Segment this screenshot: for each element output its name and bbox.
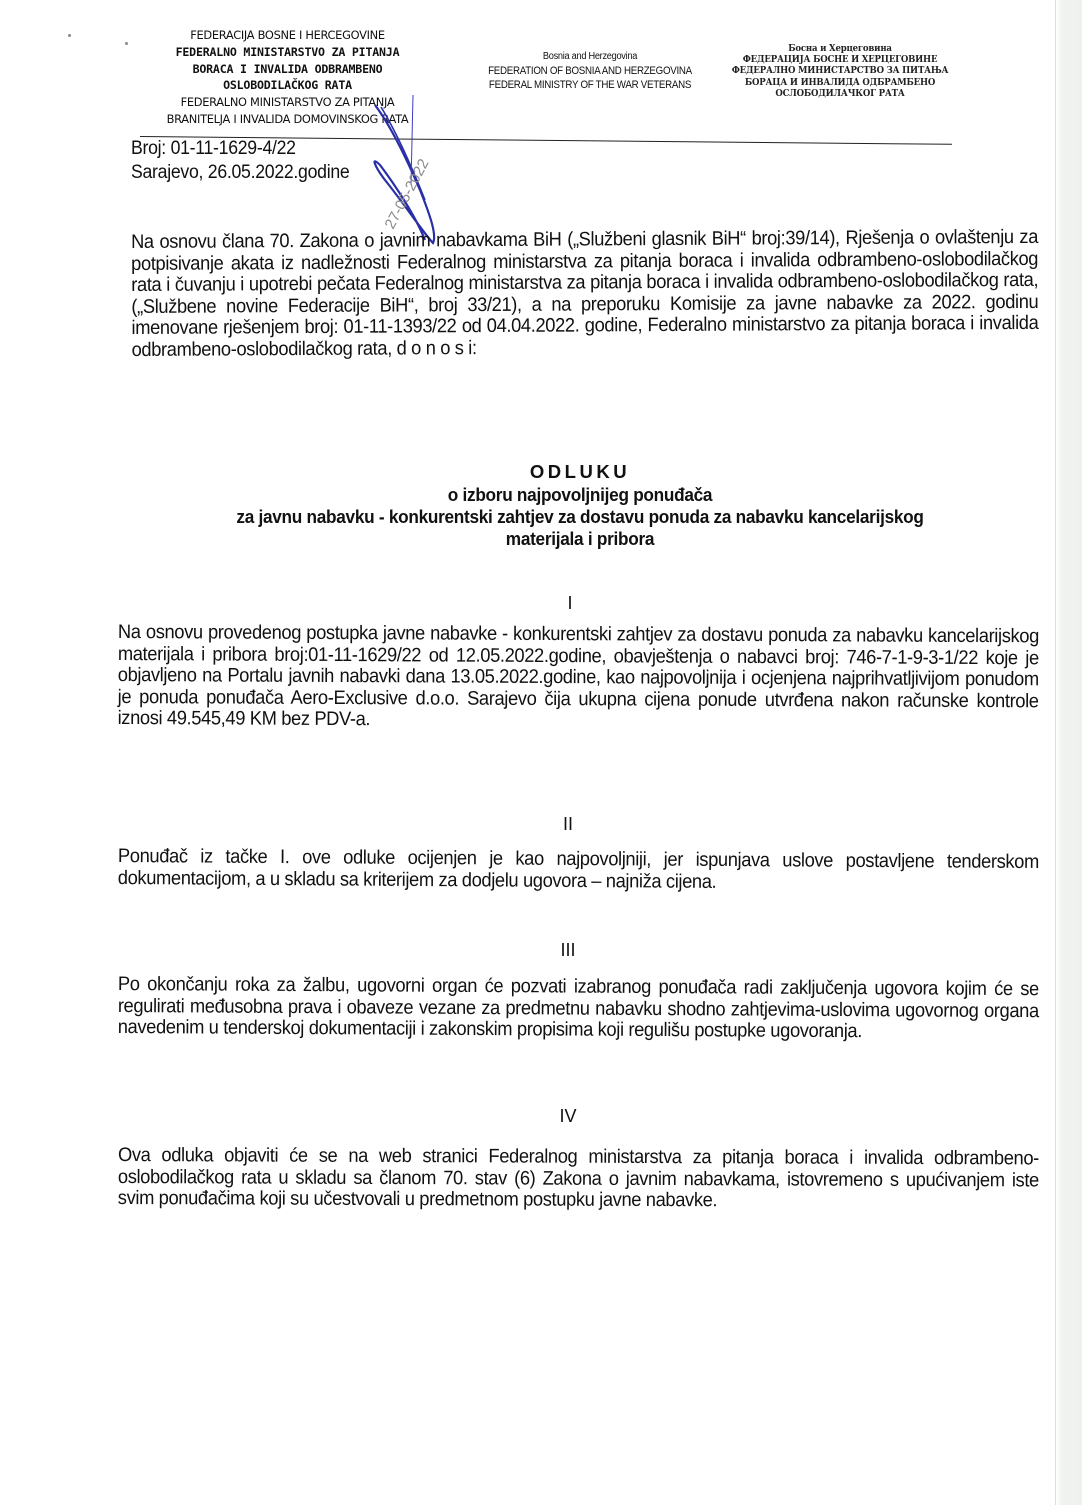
scan-speck	[125, 42, 128, 45]
document-number: Broj: 01-11-1629-4/22	[131, 137, 349, 161]
letterhead-line: БОРАЦА И ИНВАЛИДА ОДБРАМБЕНО	[726, 78, 954, 89]
letterhead-line: FEDERACIJA BOSNE I HERCEGOVINE	[150, 27, 425, 44]
letterhead-line: ФЕДЕРАЦИЈА БОСНЕ И ХЕРЦЕГОВИНЕ	[726, 55, 954, 66]
section-numeral: I	[540, 593, 600, 614]
title-subtitle: materijala i pribora	[143, 528, 1017, 550]
letterhead-bosnian: FEDERACIJA BOSNE I HERCEGOVINE FEDERALNO…	[150, 27, 425, 128]
title-main: ODLUKU	[110, 460, 1050, 484]
letterhead-line: FEDERALNO MINISTARSTVO ZA PITANJA	[150, 94, 425, 111]
stamp-date: 27-05-2022	[382, 156, 433, 232]
section-numeral: IV	[538, 1106, 598, 1127]
letterhead-line: BORACA I INVALIDA ODBRAMBENO	[150, 61, 425, 78]
letterhead-line: BRANITELJA I INVALIDA DOMOVINSKOG RATA	[150, 111, 425, 128]
section-text: Ponuđač iz tačke I. ove odluke ocijenjen…	[118, 846, 1039, 895]
section-numeral: II	[538, 814, 598, 835]
scan-speck	[68, 34, 71, 37]
letterhead-line: OSLOBODILAČKOG RATA	[150, 77, 425, 94]
letterhead-cyrillic: Босна и Херцеговина ФЕДЕРАЦИЈА БОСНЕ И Х…	[726, 44, 954, 100]
scan-page-edge	[1055, 0, 1082, 1505]
letterhead-english: Bosnia and Herzegovina FEDERATION OF BOS…	[480, 50, 701, 92]
letterhead-line: Босна и Херцеговина	[726, 44, 954, 55]
document-place-date: Sarajevo, 26.05.2022.godine	[131, 161, 349, 185]
intro-paragraph: Na osnovu člana 70. Zakona o javnim naba…	[131, 227, 1039, 361]
title-subtitle: o izboru najpovoljnijeg ponuđača	[143, 484, 1017, 506]
letterhead-line: ОСЛОБОДИЛАЧКОГ РАТА	[726, 89, 954, 100]
letterhead-line: FEDERALNO MINISTARSTVO ZA PITANJA	[150, 44, 425, 61]
letterhead-line: ФЕДЕРАЛНО МИНИСТАРСТВО ЗА ПИТАЊА	[726, 66, 954, 77]
letterhead-line: FEDERATION OF BOSNIA AND HERZEGOVINA	[480, 64, 701, 78]
title-subtitle: za javnu nabavku - konkurentski zahtjev …	[143, 506, 1017, 528]
section-text: Po okončanju roka za žalbu, ugovorni org…	[118, 974, 1039, 1044]
section-text: Ova odluka objaviti će se na web stranic…	[118, 1145, 1039, 1213]
letterhead-line: FEDERAL MINISTRY OF THE WAR VETERANS	[480, 78, 701, 92]
section-text: Na osnovu provedenog postupka javne naba…	[118, 622, 1039, 734]
document-meta: Broj: 01-11-1629-4/22 Sarajevo, 26.05.20…	[131, 137, 349, 185]
letterhead-line: Bosnia and Herzegovina	[480, 50, 701, 64]
section-numeral: III	[538, 940, 598, 961]
decision-title: ODLUKU o izboru najpovoljnijeg ponuđača …	[110, 460, 1050, 550]
